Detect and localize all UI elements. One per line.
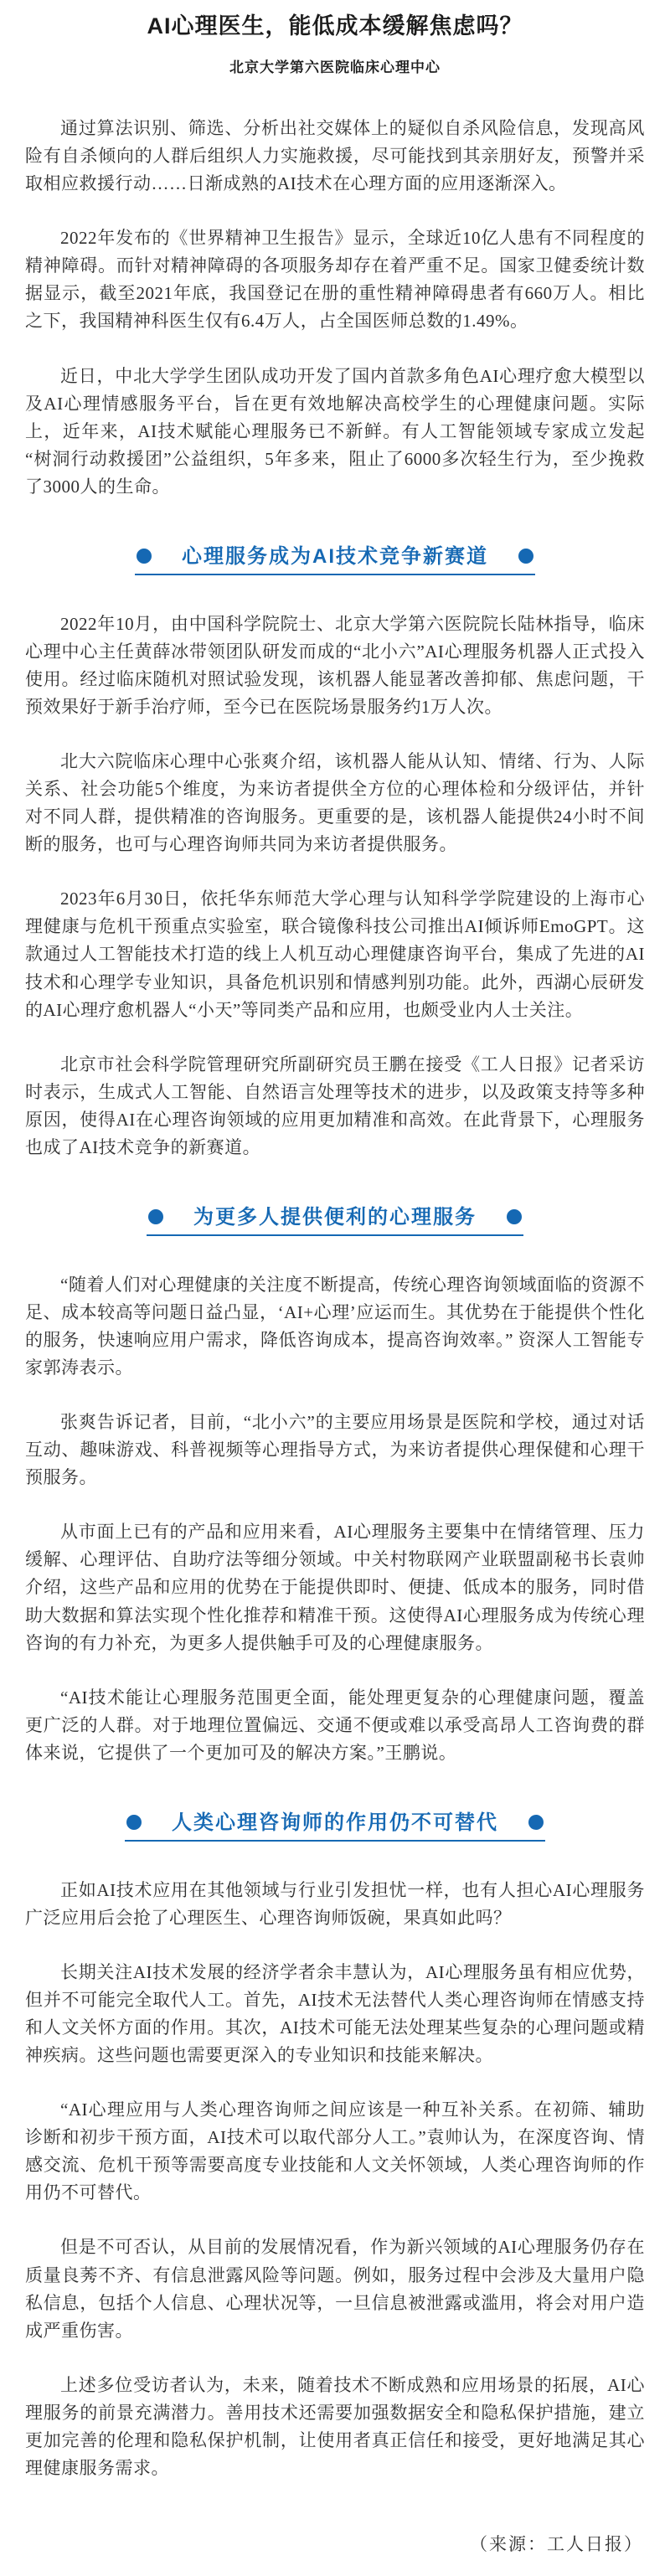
article-page: AI心理医生，能低成本缓解焦虑吗？ 北京大学第六医院临床心理中心 通过算法识别、… xyxy=(0,0,670,2576)
article-body: 通过算法识别、筛选、分析出社交媒体上的疑似自杀风险信息，发现高风险有自杀倾向的人… xyxy=(23,115,647,2556)
section-heading-text: 心理服务成为AI技术竞争新赛道 xyxy=(182,539,488,572)
ring-bullet-icon xyxy=(126,1815,142,1830)
article-paragraph: 近日，中北大学学生团队成功开发了国内首款多角色AI心理疗愈大模型以及AI心理情感… xyxy=(25,363,645,501)
ring-bullet-icon xyxy=(518,549,533,564)
section-heading: 心理服务成为AI技术竞争新赛道 xyxy=(135,539,535,575)
article-paragraph: 2023年6月30日，依托华东师范大学心理与认知科学学院建设的上海市心理健康与危… xyxy=(25,885,645,1023)
ring-bullet-icon xyxy=(507,1209,522,1224)
page-title: AI心理医生，能低成本缓解焦虑吗？ xyxy=(23,12,647,41)
ring-bullet-icon xyxy=(137,549,152,564)
article-paragraph: 2022年10月，由中国科学院院士、北京大学第六医院院长陆林指导，临床心理中心主… xyxy=(25,611,645,721)
section-heading: 人类心理咨询师的作用仍不可替代 xyxy=(125,1806,545,1842)
article-paragraph: 但是不可否认，从目前的发展情况看，作为新兴领域的AI心理服务仍存在质量良莠不齐、… xyxy=(25,2233,645,2344)
section-heading: 为更多人提供便利的心理服务 xyxy=(147,1200,523,1236)
article-paragraph: 正如AI技术应用在其他领域与行业引发担忧一样，也有人担心AI心理服务广泛应用后会… xyxy=(25,1877,645,1932)
section-heading-text: 为更多人提供便利的心理服务 xyxy=(193,1200,477,1233)
article-paragraph: 北大六院临床心理中心张爽介绍，该机器人能从认知、情绪、行为、人际关系、社会功能5… xyxy=(25,748,645,858)
page-subtitle: 北京大学第六医院临床心理中心 xyxy=(23,55,647,76)
article-paragraph: 上述多位受访者认为，未来，随着技术不断成熟和应用场景的拓展，AI心理服务的前景充… xyxy=(25,2372,645,2482)
article-paragraph: 从市面上已有的产品和应用来看，AI心理服务主要集中在情绪管理、压力缓解、心理评估… xyxy=(25,1518,645,1656)
article-paragraph: “AI技术能让心理服务范围更全面，能处理更复杂的心理健康问题，覆盖更广泛的人群。… xyxy=(25,1684,645,1767)
article-paragraph: 2022年发布的《世界精神卫生报告》显示，全球近10亿人患有不同程度的精神障碍。… xyxy=(25,224,645,335)
article-paragraph: “随着人们对心理健康的关注度不断提高，传统心理咨询领域面临的资源不足、成本较高等… xyxy=(25,1271,645,1382)
article-paragraph: 张爽告诉记者，目前，“北小六”的主要应用场景是医院和学校，通过对话互动、趣味游戏… xyxy=(25,1409,645,1492)
article-paragraph: 通过算法识别、筛选、分析出社交媒体上的疑似自杀风险信息，发现高风险有自杀倾向的人… xyxy=(25,115,645,198)
article-paragraph: 长期关注AI技术发展的经济学者余丰慧认为，AI心理服务虽有相应优势，但并不可能完… xyxy=(25,1959,645,2069)
section-heading-text: 人类心理咨询师的作用仍不可替代 xyxy=(172,1806,498,1838)
ring-bullet-icon xyxy=(528,1815,544,1830)
article-paragraph: 北京市社会科学院管理研究所副研究员王鹏在接受《工人日报》记者采访时表示，生成式人… xyxy=(25,1051,645,1162)
source-attribution: （来源：工人日报） xyxy=(23,2531,647,2556)
ring-bullet-icon xyxy=(148,1209,163,1224)
article-paragraph: “AI心理应用与人类心理咨询师之间应该是一种互补关系。在初筛、辅助诊断和初步干预… xyxy=(25,2096,645,2207)
